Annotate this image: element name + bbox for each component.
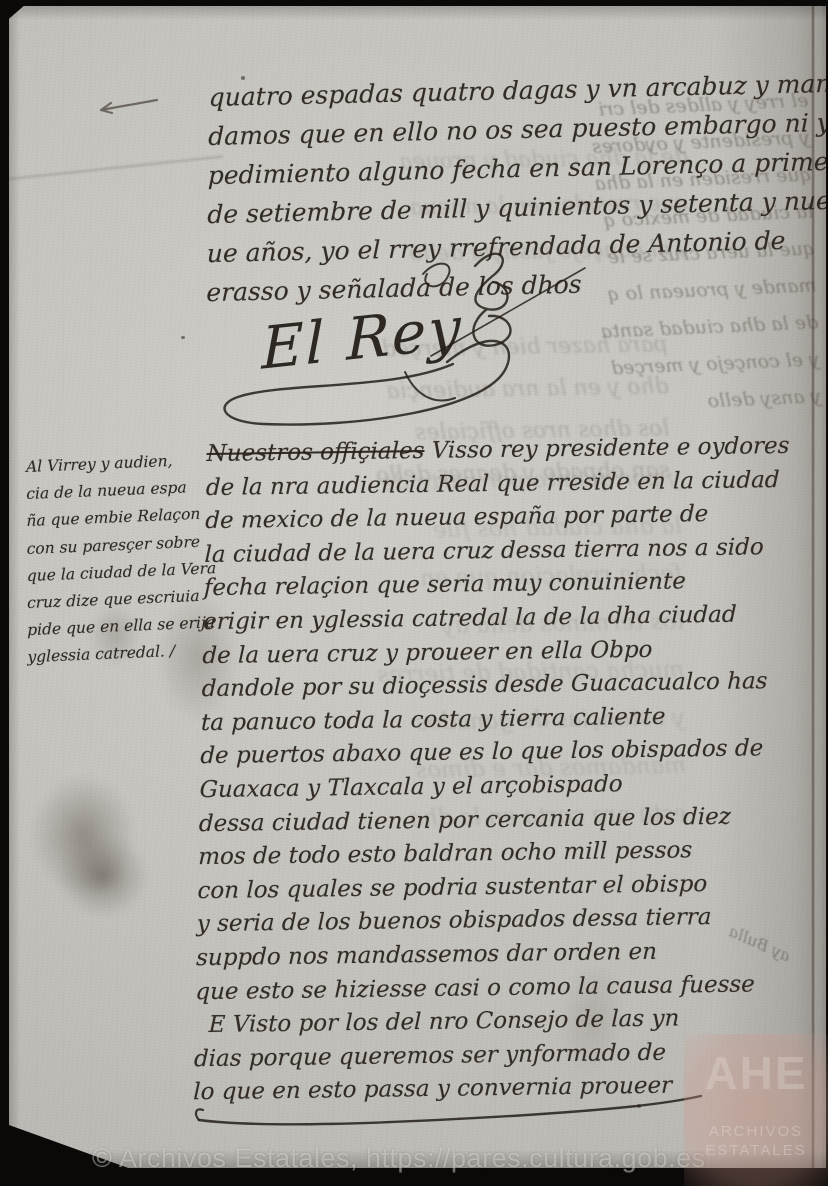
petition-paragraph: Nuestros offiçiales Visso rey presidente… (193, 430, 790, 1110)
signature-swash (197, 302, 557, 452)
struck-text: Nuestros offiçiales (206, 438, 424, 467)
scanned-manuscript-page: el rrey y alldes del cri y presidente y … (0, 0, 828, 1186)
ink-stain (57, 834, 149, 918)
archives-wordmark-line: ESTATALES (684, 1141, 828, 1160)
manuscript-line-text: Visso rey presidente e oydores (424, 433, 790, 464)
bleedthrough-line: y ansy dello (651, 378, 822, 422)
footer-copyright-watermark: © Archivos Estatales, https://pares.cult… (92, 1143, 706, 1174)
margin-summary-note: Al Virrey y audien, cia de la nueua espa… (26, 446, 217, 672)
ink-speck (181, 336, 185, 339)
archives-wordmark-line: ARCHIVOS (684, 1122, 828, 1141)
manuscript-paper: el rrey y alldes del cri y presidente y … (9, 6, 826, 1168)
margin-pen-mark (97, 94, 167, 118)
corner-crease (9, 156, 223, 180)
archives-monogram: AHE (684, 1046, 828, 1100)
archives-logo-watermark: AHE ARCHIVOS ESTATALES (684, 1034, 828, 1186)
closing-underline-flourish (191, 1092, 721, 1134)
